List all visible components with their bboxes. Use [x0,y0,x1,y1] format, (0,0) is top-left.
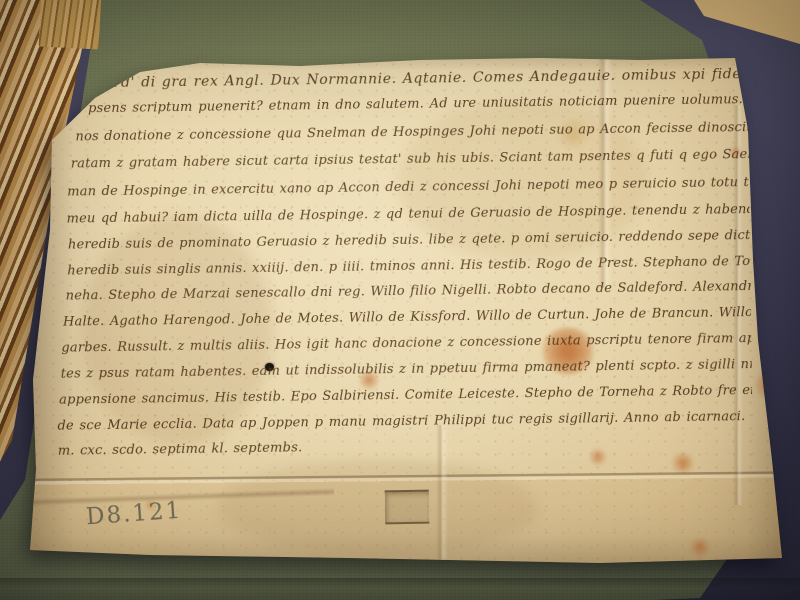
parchment-charter: Ricard' di gra rex Angl. Dux Normannie. … [28,45,785,566]
manuscript-line: appensione sancimus. His testib. Epo Sal… [59,384,752,407]
manuscript-line: ratam z gratam habere sicut carta ipsius… [71,148,749,170]
manuscript-text: Ricard' di gra rex Angl. Dux Normannie. … [27,36,791,568]
manuscript-line: tes z psus ratam habentes. eam ut indiss… [61,358,752,381]
manuscript-line: heredib suis de pnominato Geruasio z her… [68,229,750,252]
manuscript-line: neha. Stepho de Marzai senescallo dni re… [66,280,751,303]
manuscript-line: heredib suis singlis annis. xxiiij. den.… [67,255,750,278]
manuscript-line: meu qd habui? iam dicta uilla de Hosping… [66,203,749,226]
manuscript-line: Halte. Agatho Harengod. Johe de Motes. W… [63,306,751,329]
manuscript-line: man de Hospinge in excercitu xano ap Acc… [67,176,749,199]
board-edge-shadow [0,578,800,600]
manuscript-line: psens scriptum puenerit? etnam in dno sa… [88,93,743,115]
manuscript-line: nos donatione z concessione qua Snelman … [75,121,748,143]
manuscript-line: garbes. Russult. z multis aliis. Hos igi… [61,332,751,355]
manuscript-line: Ricard' di gra rex Angl. Dux Normannie. … [72,58,747,91]
parchment-shadow: Ricard' di gra rex Angl. Dux Normannie. … [0,0,800,600]
photo-medieval-charter: Ricard' di gra rex Angl. Dux Normannie. … [0,0,800,600]
manuscript-line: de sce Marie ecclia. Data ap Joppen p ma… [57,410,745,433]
manuscript-line: m. cxc. scdo. septima kl. septembs. [58,441,322,458]
